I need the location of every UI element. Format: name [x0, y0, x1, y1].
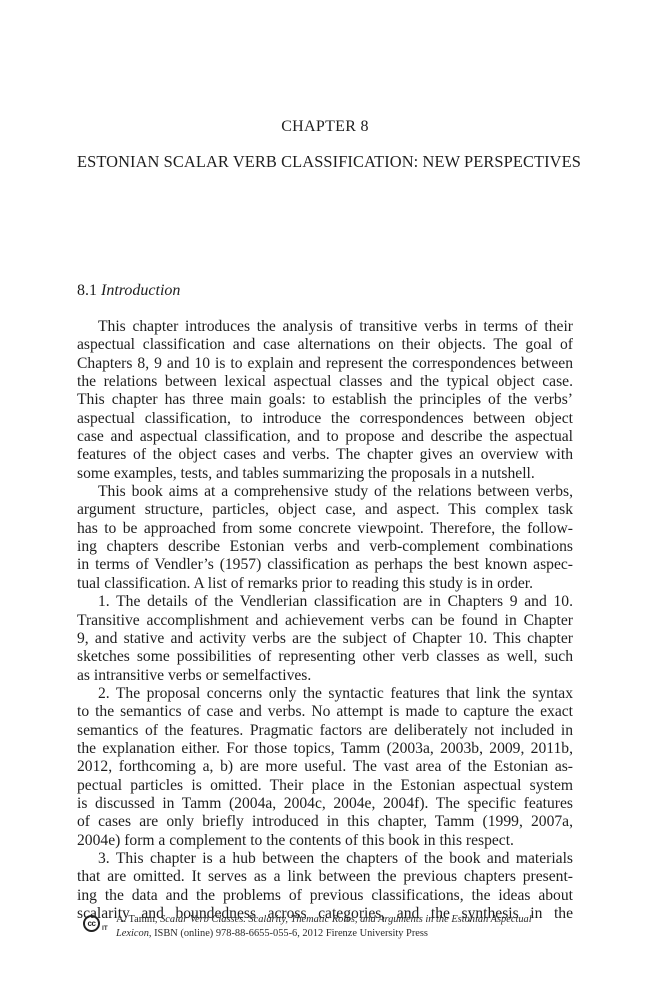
section-heading: 8.1 Introduction [77, 282, 180, 300]
body-line: This chapter introduces the analysis of … [77, 318, 573, 336]
body-line: pectual particles is omitted. Their plac… [77, 777, 573, 795]
body-line: tual classification. A list of remarks p… [77, 575, 573, 593]
body-line: case and aspectual classification, and t… [77, 428, 573, 446]
body-line: features of the object cases and verbs. … [77, 446, 573, 464]
body-line: 2012, forthcoming a, b) are more useful.… [77, 758, 573, 776]
body-line: 2. The proposal concerns only the syntac… [77, 685, 573, 703]
body-line: 3. This chapter is a hub between the cha… [77, 850, 573, 868]
cc-icon: cc [83, 915, 100, 932]
body-line: to the semantics of case and verbs. No a… [77, 703, 573, 721]
body-line: This chapter has three main goals: to es… [77, 391, 573, 409]
citation-author: A. Tamm, [116, 914, 160, 925]
body-line: of cases are only briefly introduced in … [77, 813, 573, 831]
body-line: This book aims at a comprehensive study … [77, 483, 573, 501]
body-line: Transitive accomplishment and achievemen… [77, 612, 573, 630]
body-line: in terms of Vendler’s (1957) classificat… [77, 556, 573, 574]
citation-isbn-publisher: , ISBN (online) 978-88-6655-055-6, 2012 … [149, 928, 428, 939]
body-line: the explanation either. For those topics… [77, 740, 573, 758]
body-line: 9, and stative and activity verbs are th… [77, 630, 573, 648]
body-line: has to be approached from some concrete … [77, 520, 573, 538]
body-line: the relations between lexical aspectual … [77, 373, 573, 391]
body-line: aspectual classification and case altern… [77, 336, 573, 354]
body-line: semantics of the features. Pragmatic fac… [77, 722, 573, 740]
body-line: as intransitive verbs or semelfactives. [77, 667, 573, 685]
chapter-label: CHAPTER 8 [0, 118, 650, 136]
body-line: is discussed in Tamm (2004a, 2004c, 2004… [77, 795, 573, 813]
citation-book-title-cont: Lexicon [116, 928, 149, 939]
body-line: argument structure, particles, object ca… [77, 501, 573, 519]
license-region-label: IT [102, 922, 108, 936]
book-page: CHAPTER 8 ESTONIAN SCALAR VERB CLASSIFIC… [0, 0, 650, 985]
body-line: 2004e) form a complement to the contents… [77, 832, 573, 850]
chapter-title: ESTONIAN SCALAR VERB CLASSIFICATION: NEW… [77, 152, 573, 172]
section-title: Introduction [101, 282, 180, 299]
body-line: ing the data and the problems of previou… [77, 887, 573, 905]
body-line: sketches some possibilities of represent… [77, 648, 573, 666]
body-line: some examples, tests, and tables summari… [77, 465, 573, 483]
body-line: ing chapters describe Estonian verbs and… [77, 538, 573, 556]
section-number: 8.1 [77, 282, 97, 299]
body-text: This chapter introduces the analysis of … [77, 318, 573, 923]
body-line: Chapters 8, 9 and 10 is to explain and r… [77, 355, 573, 373]
body-line: that are omitted. It serves as a link be… [77, 868, 573, 886]
body-line: 1. The details of the Vendlerian classif… [77, 593, 573, 611]
citation-book-title: Scalar Verb Classes. Scalarity, Thematic… [160, 914, 532, 925]
body-line: aspectual classification, to introduce t… [77, 410, 573, 428]
citation-text: A. Tamm, Scalar Verb Classes. Scalarity,… [116, 913, 586, 940]
